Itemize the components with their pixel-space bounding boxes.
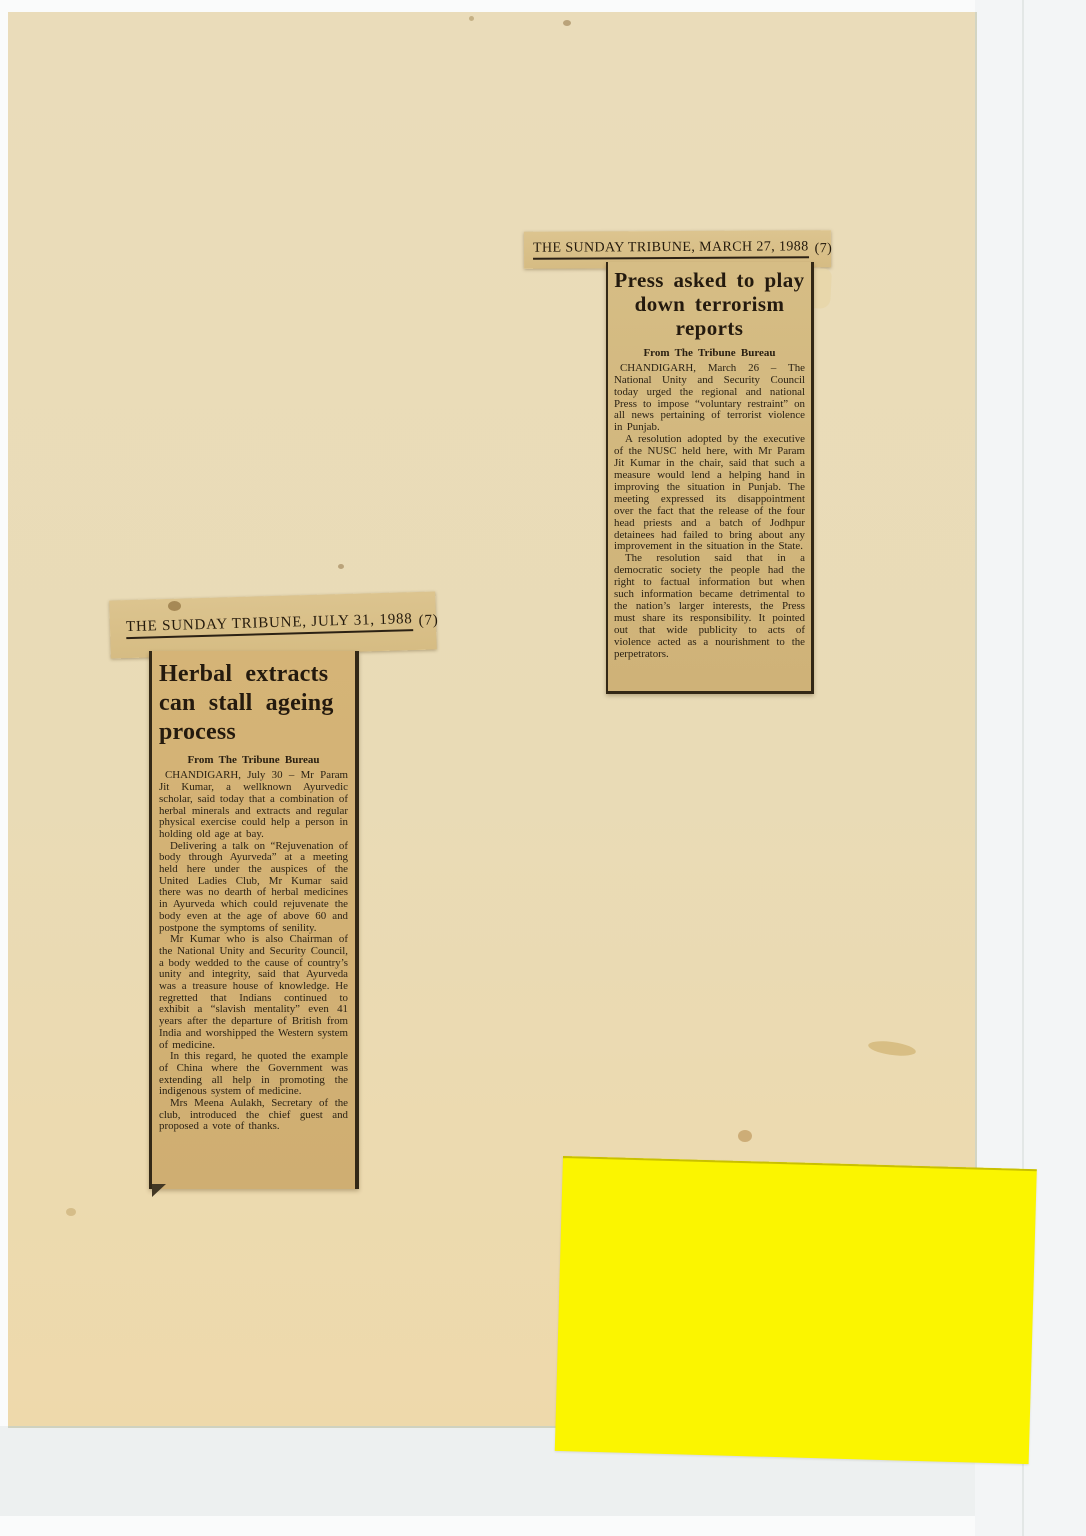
paragraph: In this regard, he quoted the example of… [159,1051,348,1098]
clipping-herbal-masthead: THE SUNDAY TRIBUNE, JULY 31, 1988 (7) [109,591,436,658]
paragraph: Delivering a talk on “Rejuvenation of bo… [159,841,348,935]
stain [66,1208,76,1216]
paragraph: CHANDIGARH, March 26 – The National Unit… [614,363,805,434]
clipping-herbal-headline: Herbal extracts can stall ageing process [159,660,348,746]
masthead-page-number: (7) [418,612,438,630]
clipping-press-body: CHANDIGARH, March 26 – The National Unit… [614,363,805,661]
paragraph: Mr Kumar who is also Chairman of the Nat… [159,934,348,1051]
masthead-date-text: THE SUNDAY TRIBUNE, JULY 31, 1988 [126,611,413,639]
stain [738,1130,752,1142]
stain [168,601,181,611]
stain [338,564,344,569]
stain [563,20,571,26]
clipping-fold-corner [152,1184,166,1197]
clipping-herbal-column: Herbal extracts can stall ageing process… [149,651,359,1189]
clipping-herbal-byline: From The Tribune Bureau [159,754,348,766]
stain [469,16,474,21]
yellow-note-card [555,1156,1037,1464]
masthead-date-text: THE SUNDAY TRIBUNE, MARCH 27, 1988 [533,239,809,259]
masthead-page-number: (7) [815,241,833,257]
paragraph: The resolution said that in a democratic… [614,553,805,660]
paragraph: Mrs Meena Aulakh, Secretary of the club,… [159,1098,348,1133]
clipping-herbal-body: CHANDIGARH, July 30 – Mr Param Jit Kumar… [159,770,348,1133]
scanned-scrapbook-page: THE SUNDAY TRIBUNE, MARCH 27, 1988 (7) P… [0,0,1086,1536]
clipping-press-headline: Press asked to play down terrorism repor… [614,269,805,341]
paragraph: A resolution adopted by the executive of… [614,434,805,553]
paragraph: CHANDIGARH, July 30 – Mr Param Jit Kumar… [159,770,348,840]
clipping-press-column: Press asked to play down terrorism repor… [606,262,814,694]
clipping-press-byline: From The Tribune Bureau [614,347,805,359]
